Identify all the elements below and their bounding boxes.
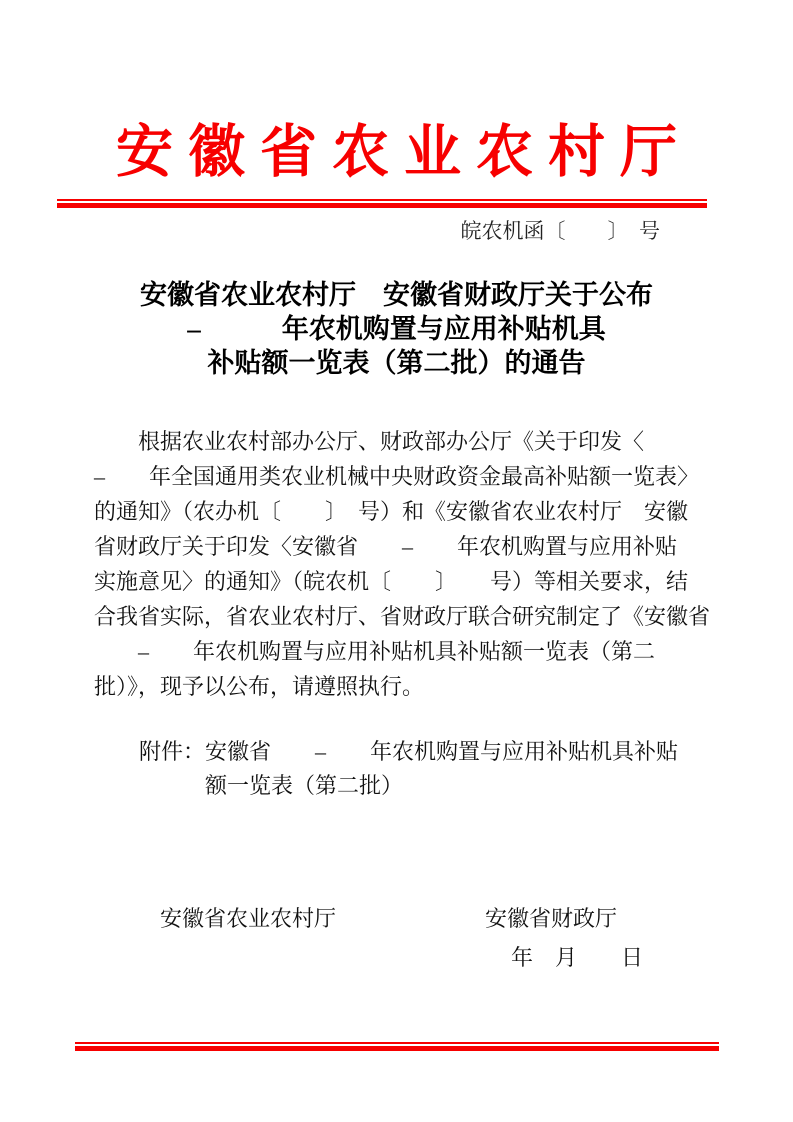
attachment-note: 附件： 安徽省 – 年农机购置与应用补贴机具补贴 额一览表（第二批） <box>139 735 678 803</box>
body-line: 省财政厅关于印发〈安徽省 – 年农机购置与应用补贴 <box>94 529 716 564</box>
document-reference-number: 皖农机函〔 〕 号 <box>461 215 661 245</box>
red-double-rule-bottom <box>75 1042 719 1051</box>
rule-thick-line <box>75 1046 719 1051</box>
body-line: 合我省实际，省农业农村厅、省财政厅联合研究制定了《安徽省 <box>94 599 716 634</box>
body-line: 的通知》（农办机〔 〕 号）和《安徽省农业农村厅 安徽 <box>94 494 716 529</box>
body-line: 实施意见〉的通知》（皖农机〔 〕 号）等相关要求，结 <box>94 564 716 599</box>
letterhead-agency-title: 安徽省农业农村厅 <box>0 106 793 188</box>
attachment-label: 附件： <box>139 735 205 803</box>
signature-agriculture-department: 安徽省农业农村厅 <box>160 902 336 933</box>
body-line: 批）》，现予以公布，请遵照执行。 <box>94 669 716 704</box>
notice-title-line: – 年农机购置与应用补贴机具 <box>88 312 705 346</box>
body-line: 根据农业农村部办公厅、财政部办公厅《关于印发〈 <box>94 424 716 459</box>
body-line: – 年全国通用类农业机械中央财政资金最高补贴额一览表〉 <box>94 459 716 494</box>
signature-finance-department: 安徽省财政厅 <box>485 902 617 933</box>
red-double-rule-top <box>57 199 707 208</box>
notice-title-line: 安徽省农业农村厅 安徽省财政厅关于公布 <box>88 278 705 312</box>
attachment-title: 安徽省 – 年农机购置与应用补贴机具补贴 额一览表（第二批） <box>205 735 678 803</box>
attachment-line: 额一览表（第二批） <box>205 769 678 803</box>
notice-title-line: 补贴额一览表（第二批）的通告 <box>88 346 705 380</box>
body-line: – 年农机购置与应用补贴机具补贴额一览表（第二 <box>94 634 716 669</box>
notice-title: 安徽省农业农村厅 安徽省财政厅关于公布 – 年农机购置与应用补贴机具 补贴额一览… <box>88 278 705 380</box>
attachment-line: 安徽省 – 年农机购置与应用补贴机具补贴 <box>205 735 678 769</box>
signature-date-placeholder: 年 月 日 <box>511 941 643 972</box>
official-document-page: 安徽省农业农村厅 皖农机函〔 〕 号 安徽省农业农村厅 安徽省财政厅关于公布 –… <box>0 0 793 1122</box>
rule-thick-line <box>57 203 707 208</box>
notice-body: 根据农业农村部办公厅、财政部办公厅《关于印发〈 – 年全国通用类农业机械中央财政… <box>94 424 716 704</box>
